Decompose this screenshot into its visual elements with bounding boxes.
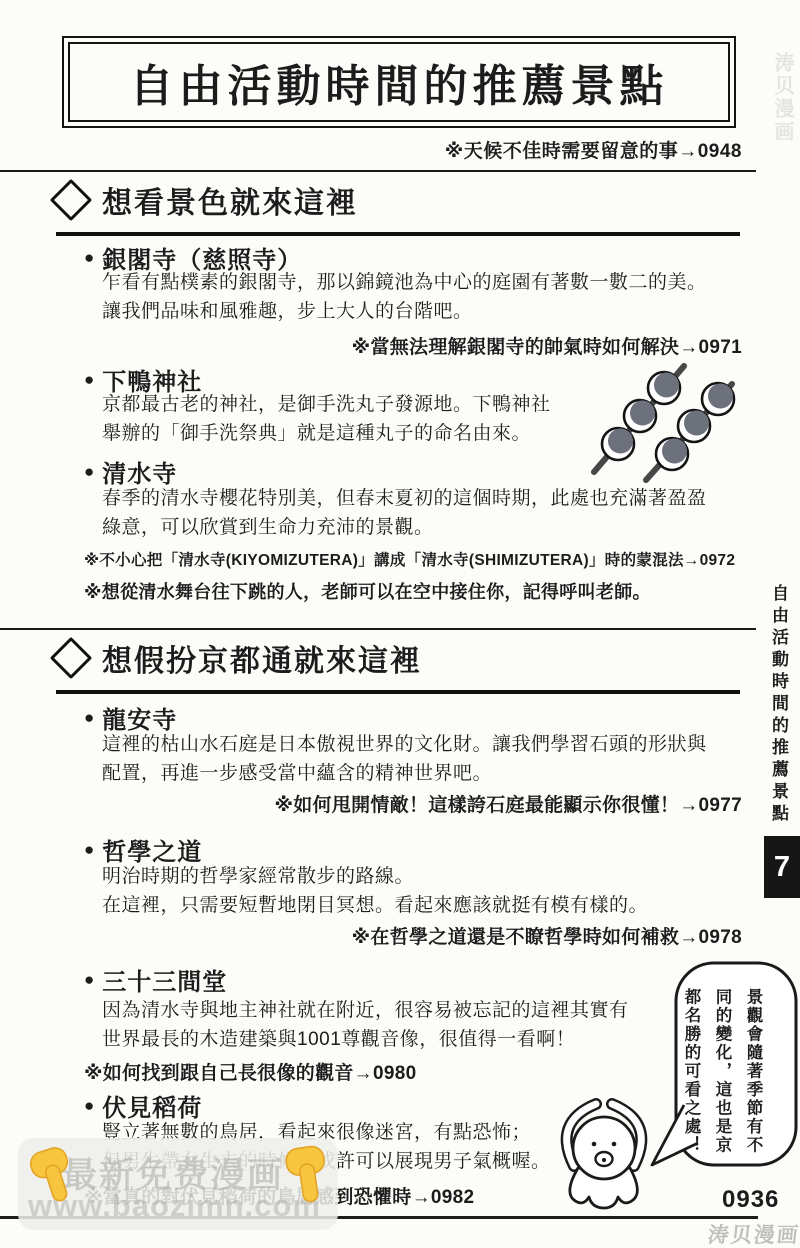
diamond-icon (50, 637, 92, 679)
item-ginkakuji-body: 乍看有點樸素的銀閣寺，那以錦鏡池為中心的庭園有著數一數二的美。 讓我們品味和風雅… (102, 268, 746, 326)
section1-underline (56, 232, 740, 236)
section1-title: 想看景色就來這裡 (102, 178, 358, 222)
speech-bubble-text: 景觀會隨著季節有不 同的變化，這也是京 都名勝的可看之處！ (668, 988, 768, 1166)
watermark-logo-bottom: 涛贝漫画 (706, 1219, 800, 1248)
item-sanjusangendo-body: 因為清水寺與地主神社就在附近，很容易被忘記的這裡其實有 世界最長的木造建築與10… (102, 996, 662, 1054)
octopus-character (552, 1094, 660, 1214)
item-kiyomizu-note2: ※想從清水舞台往下跳的人，老師可以在空中接住你，記得呼叫老師。 (84, 578, 651, 604)
item-ryoanji-note: ※如何甩開情敵！這樣誇石庭最能顯示你很懂！→0977 (100, 790, 742, 817)
page-title-box: 自由活動時間的推薦景點 (62, 36, 736, 128)
item-sanjusangendo-note: ※如何找到跟自己長很像的觀音→0980 (84, 1058, 416, 1085)
item-philosophers-path-note: ※在哲學之道還是不瞭哲學時如何補救→0978 (100, 922, 742, 949)
dango-skewers-icon (580, 356, 736, 484)
page-number: 0936 (722, 1186, 779, 1214)
section2-title: 想假扮京都通就來這裡 (102, 636, 422, 680)
item-shimogamo-body: 京都最古老的神社，是御手洗丸子發源地。下鴨神社 舉辦的「御手洗祭典」就是這種丸子… (102, 390, 576, 448)
item-sanjusangendo-heading: ● 三十三間堂 (84, 962, 227, 997)
item-ryoanji-body: 這裡的枯山水石庭是日本傲視世界的文化財。讓我們學習石頭的形狀與 配置，再進一步感… (102, 730, 746, 788)
section2-top-rule (0, 628, 756, 630)
section2-header: 想假扮京都通就來這裡 (56, 636, 422, 680)
item-kiyomizu-body: 春季的清水寺櫻花特別美，但春末夏初的這個時期，此處也充滿著盈盈 綠意，可以欣賞到… (102, 484, 746, 542)
pointing-down-finger-icon (280, 1141, 334, 1207)
section1-top-rule (0, 170, 756, 172)
sidebar-chapter-label: 自由活動時間的推薦景點 (766, 584, 791, 826)
bullet-icon: ● (84, 463, 94, 480)
bullet-icon: ● (84, 971, 94, 988)
item-kiyomizu-note1: ※不小心把「清水寺(KIYOMIZUTERA)」講成「清水寺(SHIMIZUTE… (84, 548, 735, 570)
item-ginkakuji-note: ※當無法理解銀閣寺的帥氣時如何解決→0971 (100, 332, 742, 359)
page-title: 自由活動時間的推薦景點 (68, 42, 730, 122)
weather-note: ※天候不佳時需要留意的事→0948 (445, 136, 742, 163)
bullet-icon: ● (84, 841, 94, 858)
chapter-number-tab: 7 (764, 836, 800, 898)
section2-underline (56, 690, 740, 694)
bullet-icon: ● (84, 709, 94, 726)
bullet-icon: ● (84, 1097, 94, 1114)
diamond-icon (50, 179, 92, 221)
bullet-icon: ● (84, 249, 94, 266)
section1-header: 想看景色就來這裡 (56, 178, 358, 222)
watermark-logo-top: 涛贝漫画 (768, 52, 797, 144)
item-philosophers-path-body: 明治時期的哲學家經常散步的路線。 在這裡，只需要短暫地閉目冥想。看起來應該就挺有… (102, 862, 746, 920)
bullet-icon: ● (84, 371, 94, 388)
